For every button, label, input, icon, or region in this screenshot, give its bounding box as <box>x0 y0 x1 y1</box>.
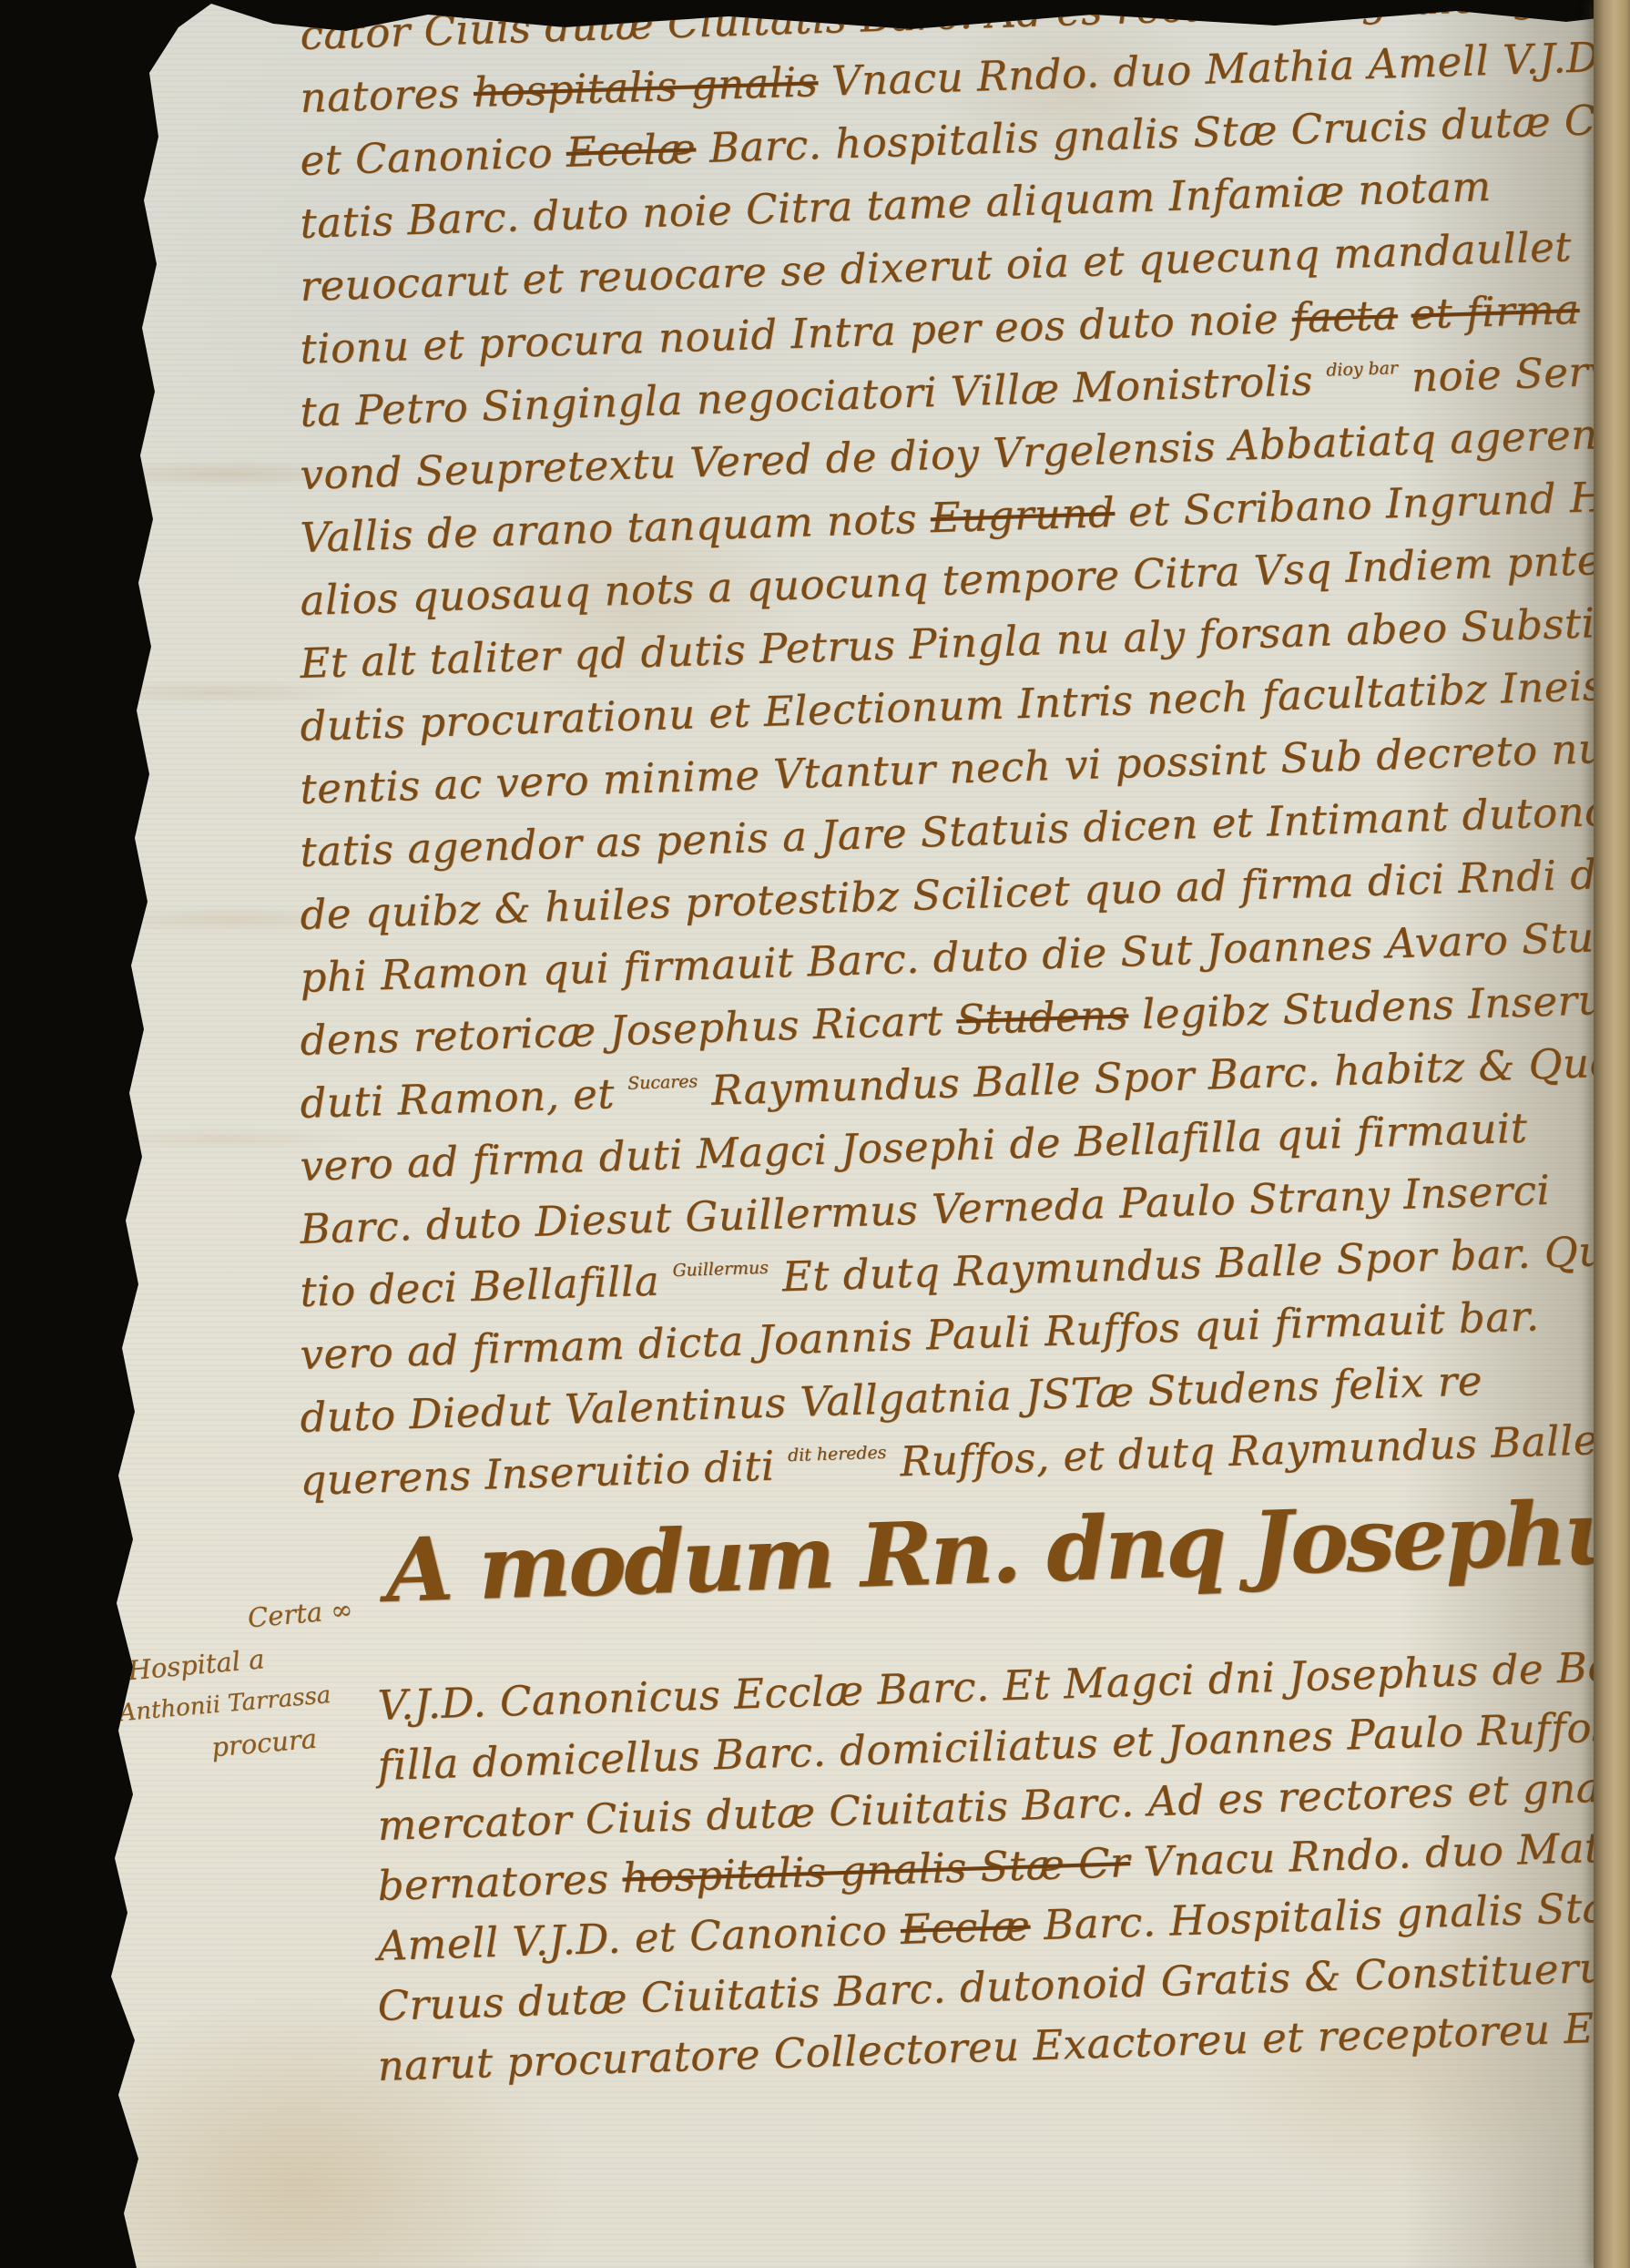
struck-out-text: Studens <box>955 990 1128 1044</box>
interlinear-insertion: Sucares <box>627 1071 698 1093</box>
interlinear-insertion: dit heredes <box>788 1443 887 1466</box>
struck-out-text: Eugrund <box>930 488 1116 542</box>
struck-out-text: hospitalis gnalis <box>473 57 819 117</box>
paper-page: cator Ciuis dutæ Ciuitatis Barc. Ad es r… <box>0 0 1630 2268</box>
struck-out-text: Ecclæ <box>565 124 697 176</box>
manuscript-text <box>1397 291 1411 339</box>
margin-note: Certa ∞Hospital aAnthonii Tarrassaprocur… <box>110 1583 424 1776</box>
interlinear-insertion: Guillermus <box>672 1258 769 1281</box>
manuscript-text-block: cator Ciuis dutæ Ciuitatis Barc. Ad es r… <box>301 11 1612 2102</box>
manuscript-text: natores <box>300 68 474 122</box>
book-gutter-edge <box>1594 0 1630 2268</box>
struck-out-text: Ecclæ <box>900 1901 1031 1953</box>
lower-text-section: V.J.D. Canonicus Ecclæ Barc. Et Magci dn… <box>301 1681 1612 2102</box>
interlinear-insertion: dioy bar <box>1326 358 1398 380</box>
struck-out-text: facta <box>1291 291 1399 342</box>
manuscript-text: duti Ramon, et <box>300 1069 629 1128</box>
struck-out-text: et firma <box>1411 285 1581 339</box>
upper-text-section: cator Ciuis dutæ Ciuitatis Barc. Ad es r… <box>301 11 1612 1519</box>
manuscript-text: bernatores <box>377 1854 624 1910</box>
manuscript-text: et Canonico <box>300 128 567 185</box>
